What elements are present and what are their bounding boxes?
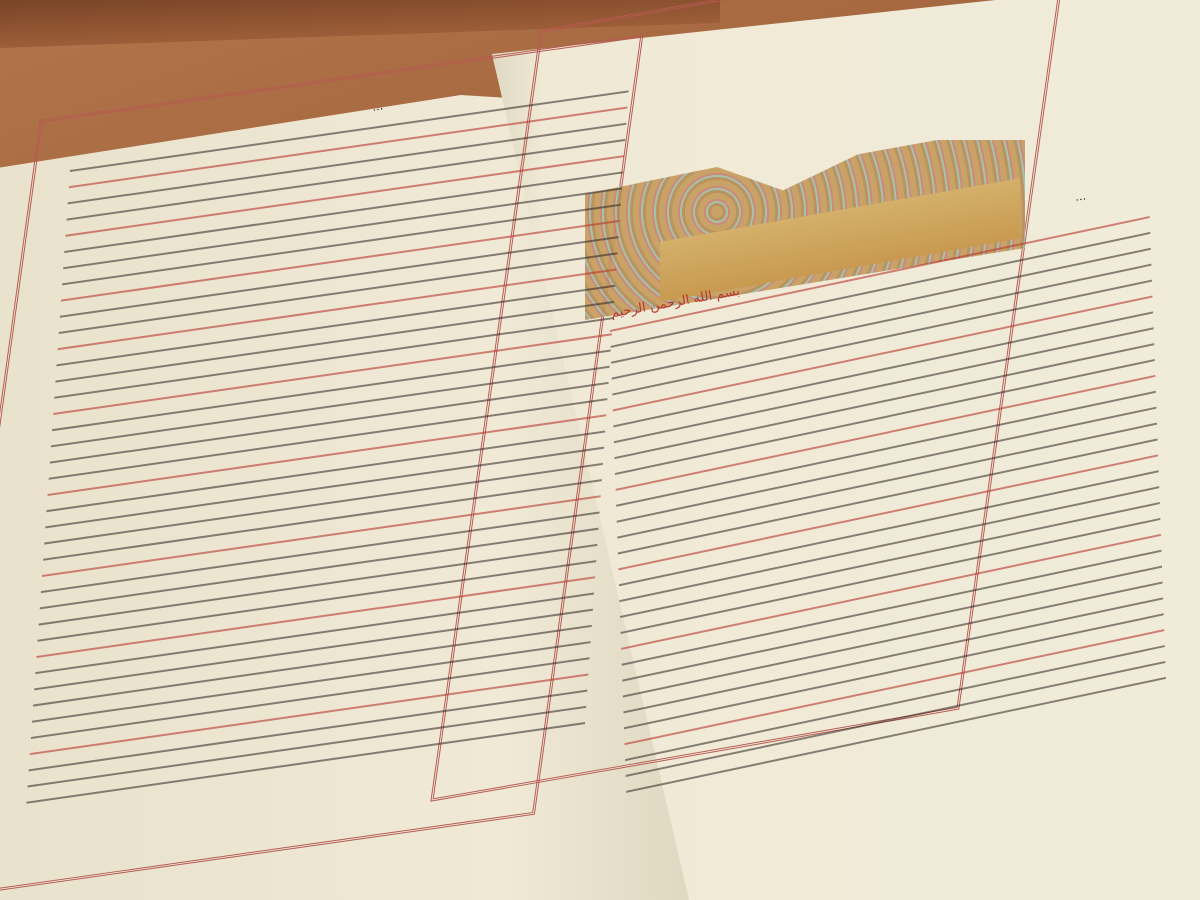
left-page-text-block <box>25 90 628 818</box>
right-page-marginal-note: … <box>1074 189 1087 203</box>
left-page-top-note: … <box>371 99 384 114</box>
